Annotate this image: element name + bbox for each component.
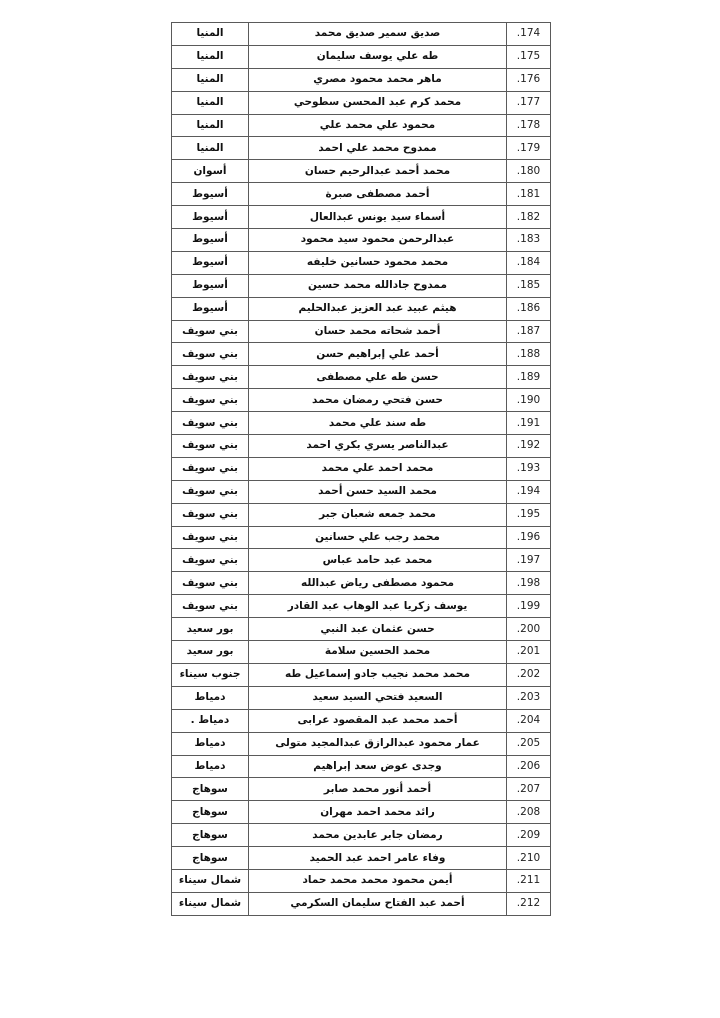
- table-row: بني سويفمحمد جمعه شعبان جبر.195: [172, 503, 551, 526]
- table-row: سوهاجأحمد أنور محمد صابر.207: [172, 778, 551, 801]
- table-row: سوهاجرمضان جابر عابدين محمد.209: [172, 824, 551, 847]
- name-cell: محمد جمعه شعبان جبر: [249, 503, 507, 526]
- governorate-cell: بني سويف: [172, 526, 249, 549]
- governorate-cell: أسيوط: [172, 183, 249, 206]
- name-cell: رمضان جابر عابدين محمد: [249, 824, 507, 847]
- table-row: بني سويفمحمد احمد علي محمد.193: [172, 457, 551, 480]
- governorate-cell: سوهاج: [172, 847, 249, 870]
- name-cell: حسن عثمان عبد النبي: [249, 618, 507, 641]
- name-cell: محمد كرم عبد المحسن سطوحي: [249, 91, 507, 114]
- governorate-cell: بور سعيد: [172, 618, 249, 641]
- table-row: بني سويفمحمد رجب علي حسانين.196: [172, 526, 551, 549]
- table-row: بني سويفطه سند علي محمد.191: [172, 412, 551, 435]
- table-row: بني سويفأحمد شحاته محمد حسان.187: [172, 320, 551, 343]
- name-cell: أحمد عبد الفتاح سليمان السكرمي: [249, 892, 507, 915]
- table-row: شمال سيناءأيمن محمود محمد محمد حماد.211: [172, 869, 551, 892]
- governorate-cell: جنوب سيناء: [172, 663, 249, 686]
- governorate-cell: أسيوط: [172, 274, 249, 297]
- row-number-cell: .178: [507, 114, 551, 137]
- name-cell: محمد أحمد عبدالرحيم حسان: [249, 160, 507, 183]
- table-row: بني سويفمحمد عبد حامد عباس.197: [172, 549, 551, 572]
- table-row: بني سويفحسن فتحي رمضان محمد.190: [172, 389, 551, 412]
- name-cell: محمود مصطفى رياض عبدالله: [249, 572, 507, 595]
- governorate-cell: بني سويف: [172, 457, 249, 480]
- table-row: بور سعيدمحمد الحسين سلامة.201: [172, 641, 551, 664]
- row-number-cell: .189: [507, 366, 551, 389]
- row-number-cell: .208: [507, 801, 551, 824]
- names-table-body: المنياصديق سمير صديق محمد.174المنياطه عل…: [172, 23, 551, 916]
- name-cell: محمد عبد حامد عباس: [249, 549, 507, 572]
- governorate-cell: بني سويف: [172, 412, 249, 435]
- governorate-cell: بني سويف: [172, 572, 249, 595]
- name-cell: وجدى عوض سعد إبراهيم: [249, 755, 507, 778]
- name-cell: حسن طه علي مصطفى: [249, 366, 507, 389]
- governorate-cell: سوهاج: [172, 801, 249, 824]
- table-row: أسوانمحمد أحمد عبدالرحيم حسان.180: [172, 160, 551, 183]
- governorate-cell: سوهاج: [172, 824, 249, 847]
- table-row: بني سويفمحمود مصطفى رياض عبدالله.198: [172, 572, 551, 595]
- row-number-cell: .207: [507, 778, 551, 801]
- governorate-cell: بني سويف: [172, 503, 249, 526]
- table-row: دمياطوجدى عوض سعد إبراهيم.206: [172, 755, 551, 778]
- name-cell: عبدالرحمن محمود سيد محمود: [249, 229, 507, 252]
- row-number-cell: .174: [507, 23, 551, 46]
- governorate-cell: بني سويف: [172, 595, 249, 618]
- row-number-cell: .180: [507, 160, 551, 183]
- table-row: أسيوطمحمد محمود حسانين خليفه.184: [172, 251, 551, 274]
- table-row: المنيامحمد كرم عبد المحسن سطوحي.177: [172, 91, 551, 114]
- document-page: المنياصديق سمير صديق محمد.174المنياطه عل…: [0, 0, 720, 1018]
- row-number-cell: .195: [507, 503, 551, 526]
- table-row: أسيوطأسماء سيد يونس عبدالعال.182: [172, 206, 551, 229]
- row-number-cell: .175: [507, 45, 551, 68]
- name-cell: أحمد أنور محمد صابر: [249, 778, 507, 801]
- table-row: المنياصديق سمير صديق محمد.174: [172, 23, 551, 46]
- name-cell: طه سند علي محمد: [249, 412, 507, 435]
- row-number-cell: .197: [507, 549, 551, 572]
- row-number-cell: .184: [507, 251, 551, 274]
- row-number-cell: .198: [507, 572, 551, 595]
- names-table: المنياصديق سمير صديق محمد.174المنياطه عل…: [171, 22, 551, 916]
- table-row: المنياماهر محمد محمود مصري.176: [172, 68, 551, 91]
- row-number-cell: .188: [507, 343, 551, 366]
- governorate-cell: دمياط: [172, 686, 249, 709]
- name-cell: ممدوح محمد علي احمد: [249, 137, 507, 160]
- row-number-cell: .186: [507, 297, 551, 320]
- row-number-cell: .194: [507, 480, 551, 503]
- governorate-cell: دمياط: [172, 755, 249, 778]
- table-row: بور سعيدحسن عثمان عبد النبي.200: [172, 618, 551, 641]
- name-cell: طه علي يوسف سليمان: [249, 45, 507, 68]
- name-cell: رائد محمد احمد مهران: [249, 801, 507, 824]
- name-cell: يوسف زكريا عبد الوهاب عبد القادر: [249, 595, 507, 618]
- name-cell: محمود علي محمد علي: [249, 114, 507, 137]
- row-number-cell: .201: [507, 641, 551, 664]
- name-cell: عبدالناصر يسري بكري احمد: [249, 435, 507, 458]
- row-number-cell: .203: [507, 686, 551, 709]
- governorate-cell: بني سويف: [172, 389, 249, 412]
- table-row: المنيامحمود علي محمد علي.178: [172, 114, 551, 137]
- row-number-cell: .200: [507, 618, 551, 641]
- table-row: أسيوطعبدالرحمن محمود سيد محمود.183: [172, 229, 551, 252]
- row-number-cell: .209: [507, 824, 551, 847]
- governorate-cell: بني سويف: [172, 435, 249, 458]
- name-cell: محمد محمد نجيب جادو إسماعيل طه: [249, 663, 507, 686]
- governorate-cell: المنيا: [172, 68, 249, 91]
- table-row: المنياطه علي يوسف سليمان.175: [172, 45, 551, 68]
- name-cell: أحمد علي إبراهيم حسن: [249, 343, 507, 366]
- governorate-cell: شمال سيناء: [172, 869, 249, 892]
- row-number-cell: .199: [507, 595, 551, 618]
- name-cell: السعيد فتحي السيد سعيد: [249, 686, 507, 709]
- name-cell: حسن فتحي رمضان محمد: [249, 389, 507, 412]
- table-row: بني سويفأحمد علي إبراهيم حسن.188: [172, 343, 551, 366]
- name-cell: محمد الحسين سلامة: [249, 641, 507, 664]
- row-number-cell: .187: [507, 320, 551, 343]
- row-number-cell: .211: [507, 869, 551, 892]
- row-number-cell: .183: [507, 229, 551, 252]
- row-number-cell: .204: [507, 709, 551, 732]
- row-number-cell: .205: [507, 732, 551, 755]
- row-number-cell: .179: [507, 137, 551, 160]
- table-row: شمال سيناءأحمد عبد الفتاح سليمان السكرمي…: [172, 892, 551, 915]
- governorate-cell: دمياط: [172, 732, 249, 755]
- governorate-cell: المنيا: [172, 137, 249, 160]
- table-row: دمياطعمار محمود عبدالرازق عبدالمجيد متول…: [172, 732, 551, 755]
- row-number-cell: .210: [507, 847, 551, 870]
- name-cell: أحمد محمد عبد المقصود عرابى: [249, 709, 507, 732]
- row-number-cell: .193: [507, 457, 551, 480]
- table-row: دمياطالسعيد فتحي السيد سعيد.203: [172, 686, 551, 709]
- table-row: سوهاجرائد محمد احمد مهران.208: [172, 801, 551, 824]
- name-cell: ماهر محمد محمود مصري: [249, 68, 507, 91]
- governorate-cell: أسيوط: [172, 251, 249, 274]
- table-row: أسيوطهيثم عبيد عبد العزيز عبدالحليم.186: [172, 297, 551, 320]
- name-cell: محمد محمود حسانين خليفه: [249, 251, 507, 274]
- row-number-cell: .177: [507, 91, 551, 114]
- name-cell: ممدوح جادالله محمد حسين: [249, 274, 507, 297]
- name-cell: أسماء سيد يونس عبدالعال: [249, 206, 507, 229]
- governorate-cell: دمياط .: [172, 709, 249, 732]
- name-cell: هيثم عبيد عبد العزيز عبدالحليم: [249, 297, 507, 320]
- row-number-cell: .206: [507, 755, 551, 778]
- governorate-cell: بني سويف: [172, 366, 249, 389]
- name-cell: وفاء عامر احمد عبد الحميد: [249, 847, 507, 870]
- governorate-cell: شمال سيناء: [172, 892, 249, 915]
- governorate-cell: المنيا: [172, 91, 249, 114]
- row-number-cell: .182: [507, 206, 551, 229]
- table-row: بني سويفيوسف زكريا عبد الوهاب عبد القادر…: [172, 595, 551, 618]
- row-number-cell: .202: [507, 663, 551, 686]
- name-cell: محمد احمد علي محمد: [249, 457, 507, 480]
- name-cell: محمد رجب علي حسانين: [249, 526, 507, 549]
- table-row: بني سويفحسن طه علي مصطفى.189: [172, 366, 551, 389]
- table-row: دمياط .أحمد محمد عبد المقصود عرابى.204: [172, 709, 551, 732]
- table-row: جنوب سيناءمحمد محمد نجيب جادو إسماعيل طه…: [172, 663, 551, 686]
- governorate-cell: بني سويف: [172, 320, 249, 343]
- governorate-cell: أسوان: [172, 160, 249, 183]
- governorate-cell: بني سويف: [172, 343, 249, 366]
- table-row: بني سويفمحمد السيد حسن أحمد.194: [172, 480, 551, 503]
- name-cell: صديق سمير صديق محمد: [249, 23, 507, 46]
- name-cell: محمد السيد حسن أحمد: [249, 480, 507, 503]
- table-row: سوهاجوفاء عامر احمد عبد الحميد.210: [172, 847, 551, 870]
- row-number-cell: .212: [507, 892, 551, 915]
- name-cell: أحمد مصطفى صبرة: [249, 183, 507, 206]
- governorate-cell: المنيا: [172, 114, 249, 137]
- table-row: أسيوطأحمد مصطفى صبرة.181: [172, 183, 551, 206]
- governorate-cell: سوهاج: [172, 778, 249, 801]
- name-cell: أيمن محمود محمد محمد حماد: [249, 869, 507, 892]
- row-number-cell: .176: [507, 68, 551, 91]
- governorate-cell: المنيا: [172, 23, 249, 46]
- row-number-cell: .196: [507, 526, 551, 549]
- table-row: بني سويفعبدالناصر يسري بكري احمد.192: [172, 435, 551, 458]
- governorate-cell: بني سويف: [172, 549, 249, 572]
- governorate-cell: أسيوط: [172, 297, 249, 320]
- name-cell: عمار محمود عبدالرازق عبدالمجيد متولى: [249, 732, 507, 755]
- name-cell: أحمد شحاته محمد حسان: [249, 320, 507, 343]
- table-row: المنياممدوح محمد علي احمد.179: [172, 137, 551, 160]
- governorate-cell: بني سويف: [172, 480, 249, 503]
- row-number-cell: .181: [507, 183, 551, 206]
- governorate-cell: المنيا: [172, 45, 249, 68]
- table-row: أسيوطممدوح جادالله محمد حسين.185: [172, 274, 551, 297]
- governorate-cell: أسيوط: [172, 206, 249, 229]
- row-number-cell: .191: [507, 412, 551, 435]
- governorate-cell: بور سعيد: [172, 641, 249, 664]
- row-number-cell: .192: [507, 435, 551, 458]
- row-number-cell: .190: [507, 389, 551, 412]
- governorate-cell: أسيوط: [172, 229, 249, 252]
- row-number-cell: .185: [507, 274, 551, 297]
